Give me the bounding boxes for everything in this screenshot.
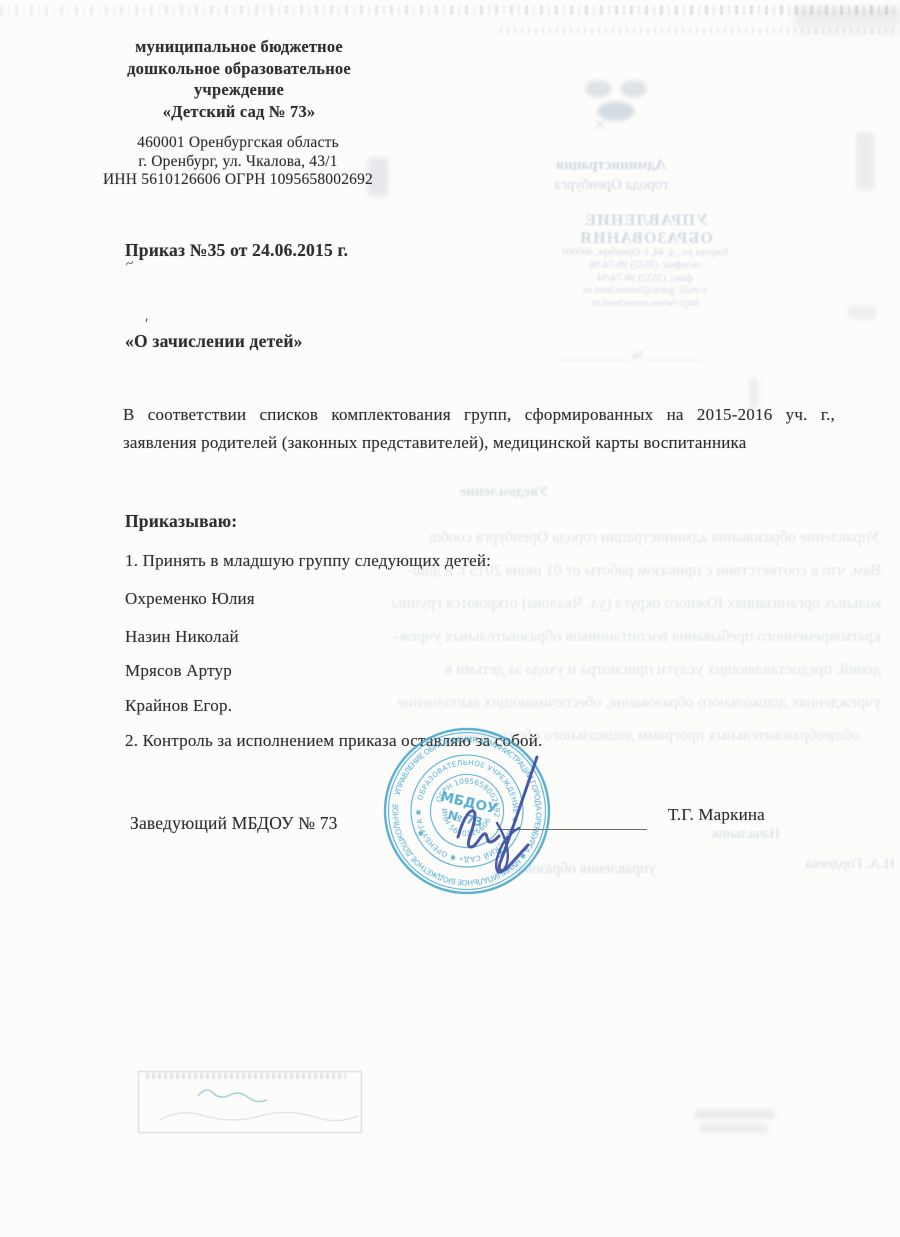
bleed-address-line: Кирова ул., д. 44, г. Оренбург, 460000 bbox=[552, 247, 738, 260]
org-name-line: учреждение bbox=[103, 79, 375, 101]
scan-corner-shade bbox=[795, 8, 900, 42]
address-line: 460001 Оренбургская область bbox=[80, 134, 396, 153]
org-name-line: дошкольное образовательное bbox=[103, 58, 375, 80]
child-name: Назин Николай bbox=[125, 627, 239, 647]
scanner-noise-strip bbox=[0, 5, 900, 15]
handwritten-signature bbox=[440, 745, 560, 895]
signer-position: Заведующий МБДОУ № 73 bbox=[130, 813, 338, 834]
bleed-paragraph-line: Управление образования администрации гор… bbox=[430, 529, 880, 547]
emblem-cross-bleed: × bbox=[594, 112, 606, 138]
bleed-footer-name: Н.А. Гордеева bbox=[795, 856, 895, 873]
coat-of-arms-bleed bbox=[572, 72, 660, 128]
order-point-1: 1. Принять в младшую группу следующих де… bbox=[125, 551, 491, 571]
order-preamble: В соответствии списков комплектования гр… bbox=[123, 401, 835, 456]
address-line: г. Оренбург, ул. Чкалова, 43/1 bbox=[80, 153, 396, 172]
letterhead-org-name: муниципальное бюджетное дошкольное образ… bbox=[103, 36, 375, 122]
bleed-admin-line2: города Оренбурга bbox=[538, 177, 684, 194]
scan-smudge bbox=[848, 306, 876, 319]
bleed-address-line: факс: (3532) 98-74-94 bbox=[552, 273, 738, 286]
preamble-line: заявления родителей (законных представит… bbox=[123, 429, 835, 457]
signature-stroke bbox=[458, 811, 499, 847]
bleed-paragraph-line: дений, предоставляющих услуги присмотра … bbox=[376, 661, 881, 679]
bleed-heading: Уведомление bbox=[398, 484, 548, 501]
bleed-address-block: Кирова ул., д. 44, г. Оренбург, 460000 т… bbox=[552, 247, 738, 311]
preamble-line: В соответствии списков комплектования гр… bbox=[123, 401, 835, 429]
bleed-address-line: телефон: (3532) 98-74-98 bbox=[552, 260, 738, 273]
ink-scribble bbox=[160, 1112, 358, 1120]
bleed-corner-smudge bbox=[695, 1110, 775, 1119]
bleed-corner-smudge bbox=[700, 1124, 768, 1133]
bleed-department-title: УПРАВЛЕНИЕ ОБРАЗОВАНИЯ bbox=[518, 212, 774, 248]
child-name: Мрясов Артур bbox=[125, 661, 232, 681]
org-name-line: муниципальное бюджетное bbox=[103, 36, 375, 58]
letterhead-address: 460001 Оренбургская область г. Оренбург,… bbox=[80, 134, 396, 190]
bleed-admin-line1: Администрация bbox=[545, 157, 677, 174]
scan-smudge bbox=[856, 132, 874, 190]
ink-scribble bbox=[198, 1090, 267, 1101]
bleed-address-line: e-mail: goruo@orenschool.ru bbox=[552, 285, 738, 298]
child-name: Охременко Юлия bbox=[125, 589, 255, 609]
bleed-number-line: _________ № ____________ bbox=[540, 348, 700, 363]
bleed-address-line: http://www.orenschool.ru bbox=[552, 298, 738, 311]
directive-heading: Приказываю: bbox=[125, 511, 237, 532]
order-title: Приказ №35 от 24.06.2015 г. bbox=[125, 240, 348, 261]
bleed-footer-position: Начальник bbox=[688, 826, 780, 843]
scanned-document-page: × Администрация города Оренбурга УПРАВЛЕ… bbox=[0, 0, 900, 1237]
bleed-paragraph-line: учреждениях дошкольного образования, обе… bbox=[376, 694, 881, 712]
bleed-signature-scribble bbox=[150, 1078, 370, 1133]
order-subject: «О зачислении детей» bbox=[125, 331, 303, 352]
bleed-paragraph-line: кольных организациях Южного округа (ул. … bbox=[376, 595, 881, 613]
bleed-paragraph-line: кратковременного пребывания воспитаннико… bbox=[376, 628, 881, 646]
signature-stroke bbox=[499, 757, 537, 871]
org-name-line: «Детский сад № 73» bbox=[103, 101, 375, 123]
signer-name: Т.Г. Маркина bbox=[668, 805, 765, 825]
child-name: Крайнов Егор. bbox=[125, 696, 232, 716]
address-line: ИНН 5610126606 ОГРН 1095658002692 bbox=[80, 171, 396, 190]
